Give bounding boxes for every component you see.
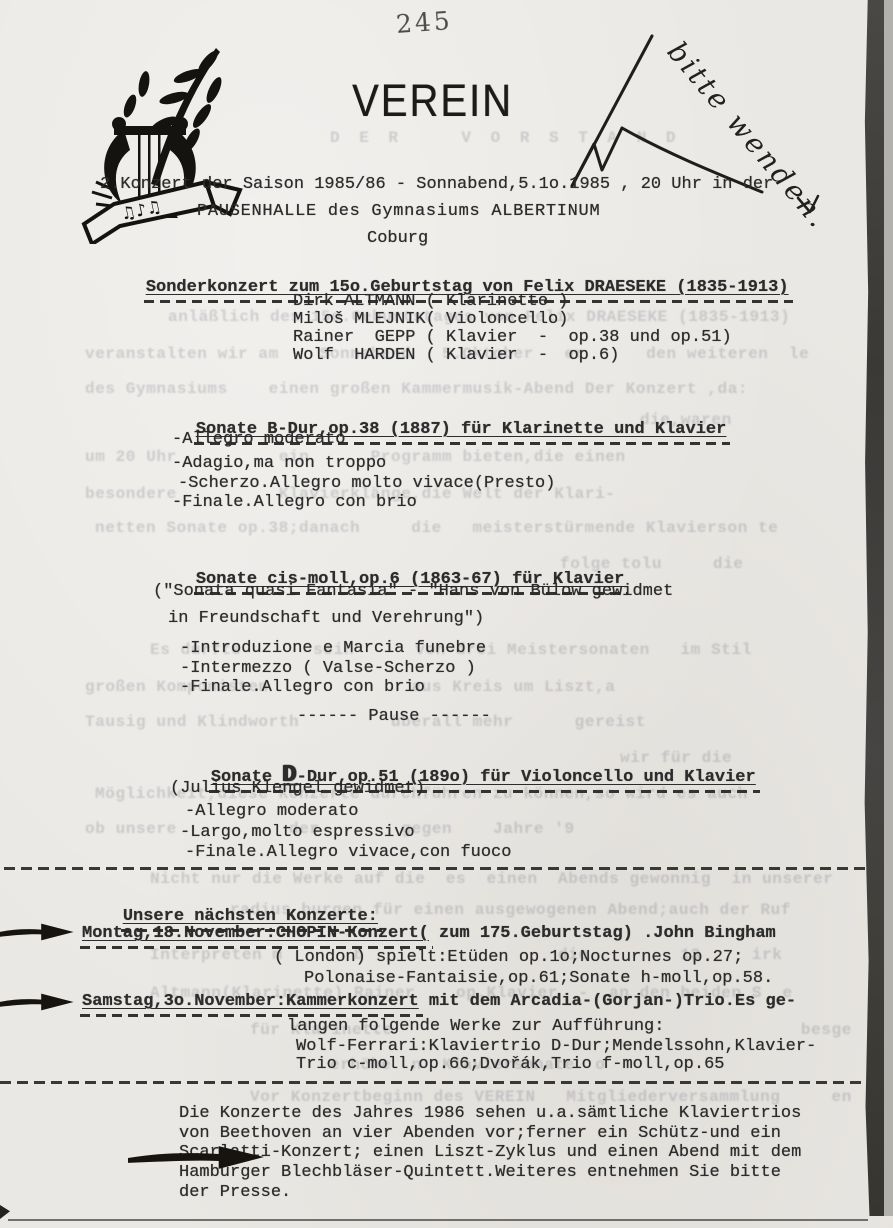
upcoming-concert-2-date: Samstag,3o.November:Kammerkonzert [82,993,419,1010]
dashed-divider [0,1081,884,1084]
performer-line: Miloš MLEJNIK( Violoncello) [293,311,568,328]
pause-line: ------ Pause ------ [297,708,491,725]
movement: -Largo,molto espressivo [180,824,415,841]
movement: -Scherzo.Allegro molto vivace(Presto) [178,475,555,492]
outlook-line: Scarlatti-Konzert; einen Liszt-Zyklus un… [179,1144,801,1161]
marker-arrow-icon [0,914,76,950]
masthead-title: VEREIN [352,76,513,127]
work-3-dedication: (Julius Klengel gewidmet) [170,780,425,797]
upcoming-heading-text: Unsere nächsten Konzerte: [123,908,378,925]
scan-corner-mark [0,1205,10,1219]
bleedthrough-text: Vor Konzertbeginn des VEREIN Mitgliederv… [250,1089,852,1105]
scan-bottom-edge [8,1219,868,1221]
scanned-program-page: D E R V O R S T A N D anläßlich des 15o.… [0,0,893,1228]
upcoming-concert-1-rest: zum 175.Geburtstag) .John Bingham [429,924,776,943]
outlook-line: von Beethoven an vier Abenden vor;ferner… [179,1125,781,1142]
bleedthrough-text: Nicht nur die Werke auf die es einen Abe… [150,871,834,887]
outlook-line: der Presse. [179,1184,291,1201]
outlook-line: Hamburger Blechbläser-Quintett.Weiteres … [179,1164,781,1181]
event-venue-line: PAUSENHALLE des Gymnasiums ALBERTINUM [197,203,600,220]
work-2-dedication: ("Sonata quasi Fantasia" - "Hans von Bül… [153,583,673,600]
movement: -Allegro moderato [185,803,358,820]
upcoming-concert-2: Samstag,3o.November:Kammerkonzert mit de… [82,993,796,1010]
bleedthrough-text: netten Sonate op.38;danach die meisterst… [95,520,779,536]
dashed-divider [4,867,876,870]
upcoming-concert-1-line: Polonaise-Fantaisie,op.61;Sonate h-moll,… [304,970,773,987]
movement: -Adagio,ma non troppo [172,455,386,472]
event-date-line: 2.Konzert der Saison 1985/86 - Sonnabend… [100,176,773,193]
performer-line: Rainer GEPP ( Klavier - op.38 und op.51) [293,329,732,346]
upcoming-concert-2-rest: mit dem Arcadia-(Gorjan-)Trio.Es ge- [419,992,796,1011]
work-2-dedication: in Freundschaft und Verehrung") [168,610,484,627]
upcoming-concert-1: Montag,18.November:CHOPIN-Konzert( zum 1… [82,925,776,942]
handwritten-note-text: bitte wenden. [661,35,837,235]
upcoming-concert-2-line: Wolf-Ferrari:Klaviertrio D-Dur;Mendelsso… [296,1038,816,1055]
movement: -Finale.Allegro vivace,con fuoco [185,844,511,861]
marker-arrow-icon [0,984,76,1020]
event-city-line: Coburg [367,230,428,247]
movement: -Finale.Allegro con brio [172,494,417,511]
performer-line: Wolf HARDEN ( Klavier - op.6) [293,347,619,364]
movement: -Intermezzo ( Valse-Scherzo ) [180,660,476,677]
upcoming-concert-1-line: ( London) spielt:Etüden op.1o;Nocturnes … [274,949,743,966]
movement: -Allegro moderato [172,431,345,448]
scan-edge-margin [884,0,893,1216]
bleedthrough-text: des Gymnasiums einen großen Kammermusik-… [85,381,748,397]
upcoming-concert-1-date: Montag,18.November:CHOPIN-Konzert( [82,925,429,942]
performer-line: Dirk ALTMANN ( Klarinette ) [293,293,568,310]
handwritten-page-number: 245 [395,6,454,39]
upcoming-concert-2-line: Trio c-moll,op.66;Dvořák,Trio f-moll,op.… [296,1056,724,1073]
marker-arrow-icon [128,1142,266,1172]
movement: -Introduzione e Marcia funebre [180,640,486,657]
upcoming-concert-2-line: langen folgende Werke zur Aufführung: [287,1018,664,1035]
scan-edge-shadow [862,0,884,1216]
movement: -Finale.Allegro con brio [180,679,425,696]
outlook-line: Die Konzerte des Jahres 1986 sehen u.a.s… [179,1105,801,1122]
